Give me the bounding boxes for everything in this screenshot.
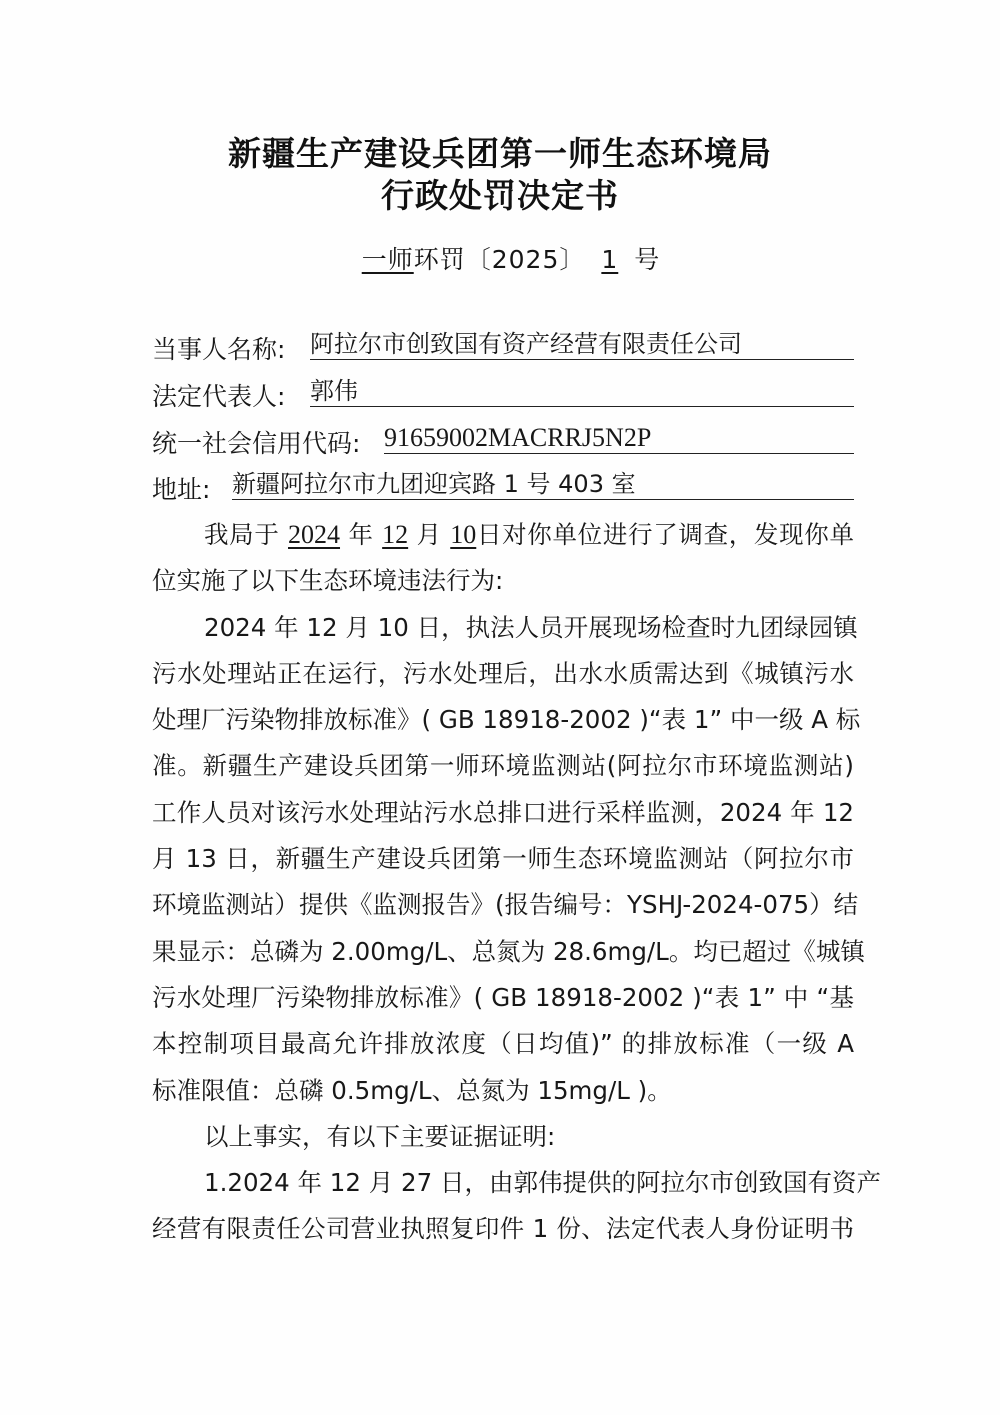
field-address: 地址: 新疆阿拉尔市九团迎宾路 1 号 403 室	[152, 470, 854, 506]
investigation-line-2: 位实施了以下生态环境违法行为:	[152, 558, 854, 604]
body-line: 月 13 日，新疆生产建设兵团第一师生态环境监测站（阿拉尔市	[152, 836, 854, 882]
field-party-name: 当事人名称: 阿拉尔市创致国有资产经营有限责任公司	[152, 330, 854, 366]
field-label: 统一社会信用代码:	[152, 424, 360, 460]
doc-number-suffix: 号	[634, 245, 660, 274]
evidence-line: 1.2024 年 12 月 27 日，由郭伟提供的阿拉尔市创致国有资产	[152, 1160, 854, 1206]
evidence-intro: 以上事实，有以下主要证据证明:	[152, 1114, 854, 1160]
field-legal-representative: 法定代表人: 郭伟	[152, 377, 854, 413]
field-value-party-name: 阿拉尔市创致国有资产经营有限责任公司	[310, 329, 854, 360]
document-body: 我局于 2024 年 12 月 10日对你单位进行了调查，发现你单 位实施了以下…	[152, 512, 854, 1253]
body-line: 标准限值：总磷 0.5mg/L、总氮为 15mg/L )。	[152, 1068, 854, 1114]
body-line: 处理厂污染物排放标准》( GB 18918-2002 )“表 1” 中一级 A …	[152, 697, 854, 743]
document-title-type: 行政处罚决定书	[0, 170, 1000, 217]
document-page: 新疆生产建设兵团第一师生态环境局 行政处罚决定书 一师环罚〔2025〕1号 当事…	[0, 0, 1000, 1415]
document-title-agency: 新疆生产建设兵团第一师生态环境局	[0, 128, 1000, 175]
doc-number-value: 1	[585, 245, 634, 274]
body-line: 工作人员对该污水处理站污水总排口进行采样监测，2024 年 12	[152, 790, 854, 836]
field-value-address: 新疆阿拉尔市九团迎宾路 1 号 403 室	[232, 469, 854, 500]
doc-number-prefix: 一师	[340, 245, 414, 274]
document-number: 一师环罚〔2025〕1号	[0, 240, 1000, 276]
investigation-line-1: 我局于 2024 年 12 月 10日对你单位进行了调查，发现你单	[152, 512, 854, 558]
evidence-line: 经营有限责任公司营业执照复印件 1 份、法定代表人身份证明书	[152, 1206, 854, 1252]
field-credit-code: 统一社会信用代码: 91659002MACRRJ5N2P	[152, 424, 854, 460]
doc-number-middle: 环罚〔2025〕	[414, 245, 586, 274]
body-line: 环境监测站）提供《监测报告》(报告编号：YSHJ-2024-075）结	[152, 882, 854, 928]
body-line: 污水处理站正在运行，污水处理后，出水水质需达到《城镇污水	[152, 651, 854, 697]
field-value-credit-code: 91659002MACRRJ5N2P	[384, 423, 854, 454]
body-line: 果显示：总磷为 2.00mg/L、总氮为 28.6mg/L。均已超过《城镇	[152, 929, 854, 975]
body-line: 污水处理厂污染物排放标准》( GB 18918-2002 )“表 1” 中 “基	[152, 975, 854, 1021]
field-label: 法定代表人:	[152, 377, 285, 413]
body-line: 2024 年 12 月 10 日，执法人员开展现场检查时九团绿园镇	[152, 605, 854, 651]
body-line: 本控制项目最高允许排放浓度（日均值)” 的排放标准（一级 A	[152, 1021, 854, 1067]
field-value-legal-representative: 郭伟	[310, 376, 854, 407]
field-label: 地址:	[152, 470, 210, 506]
field-label: 当事人名称:	[152, 330, 285, 366]
body-line: 准。新疆生产建设兵团第一师环境监测站(阿拉尔市环境监测站)	[152, 743, 854, 789]
